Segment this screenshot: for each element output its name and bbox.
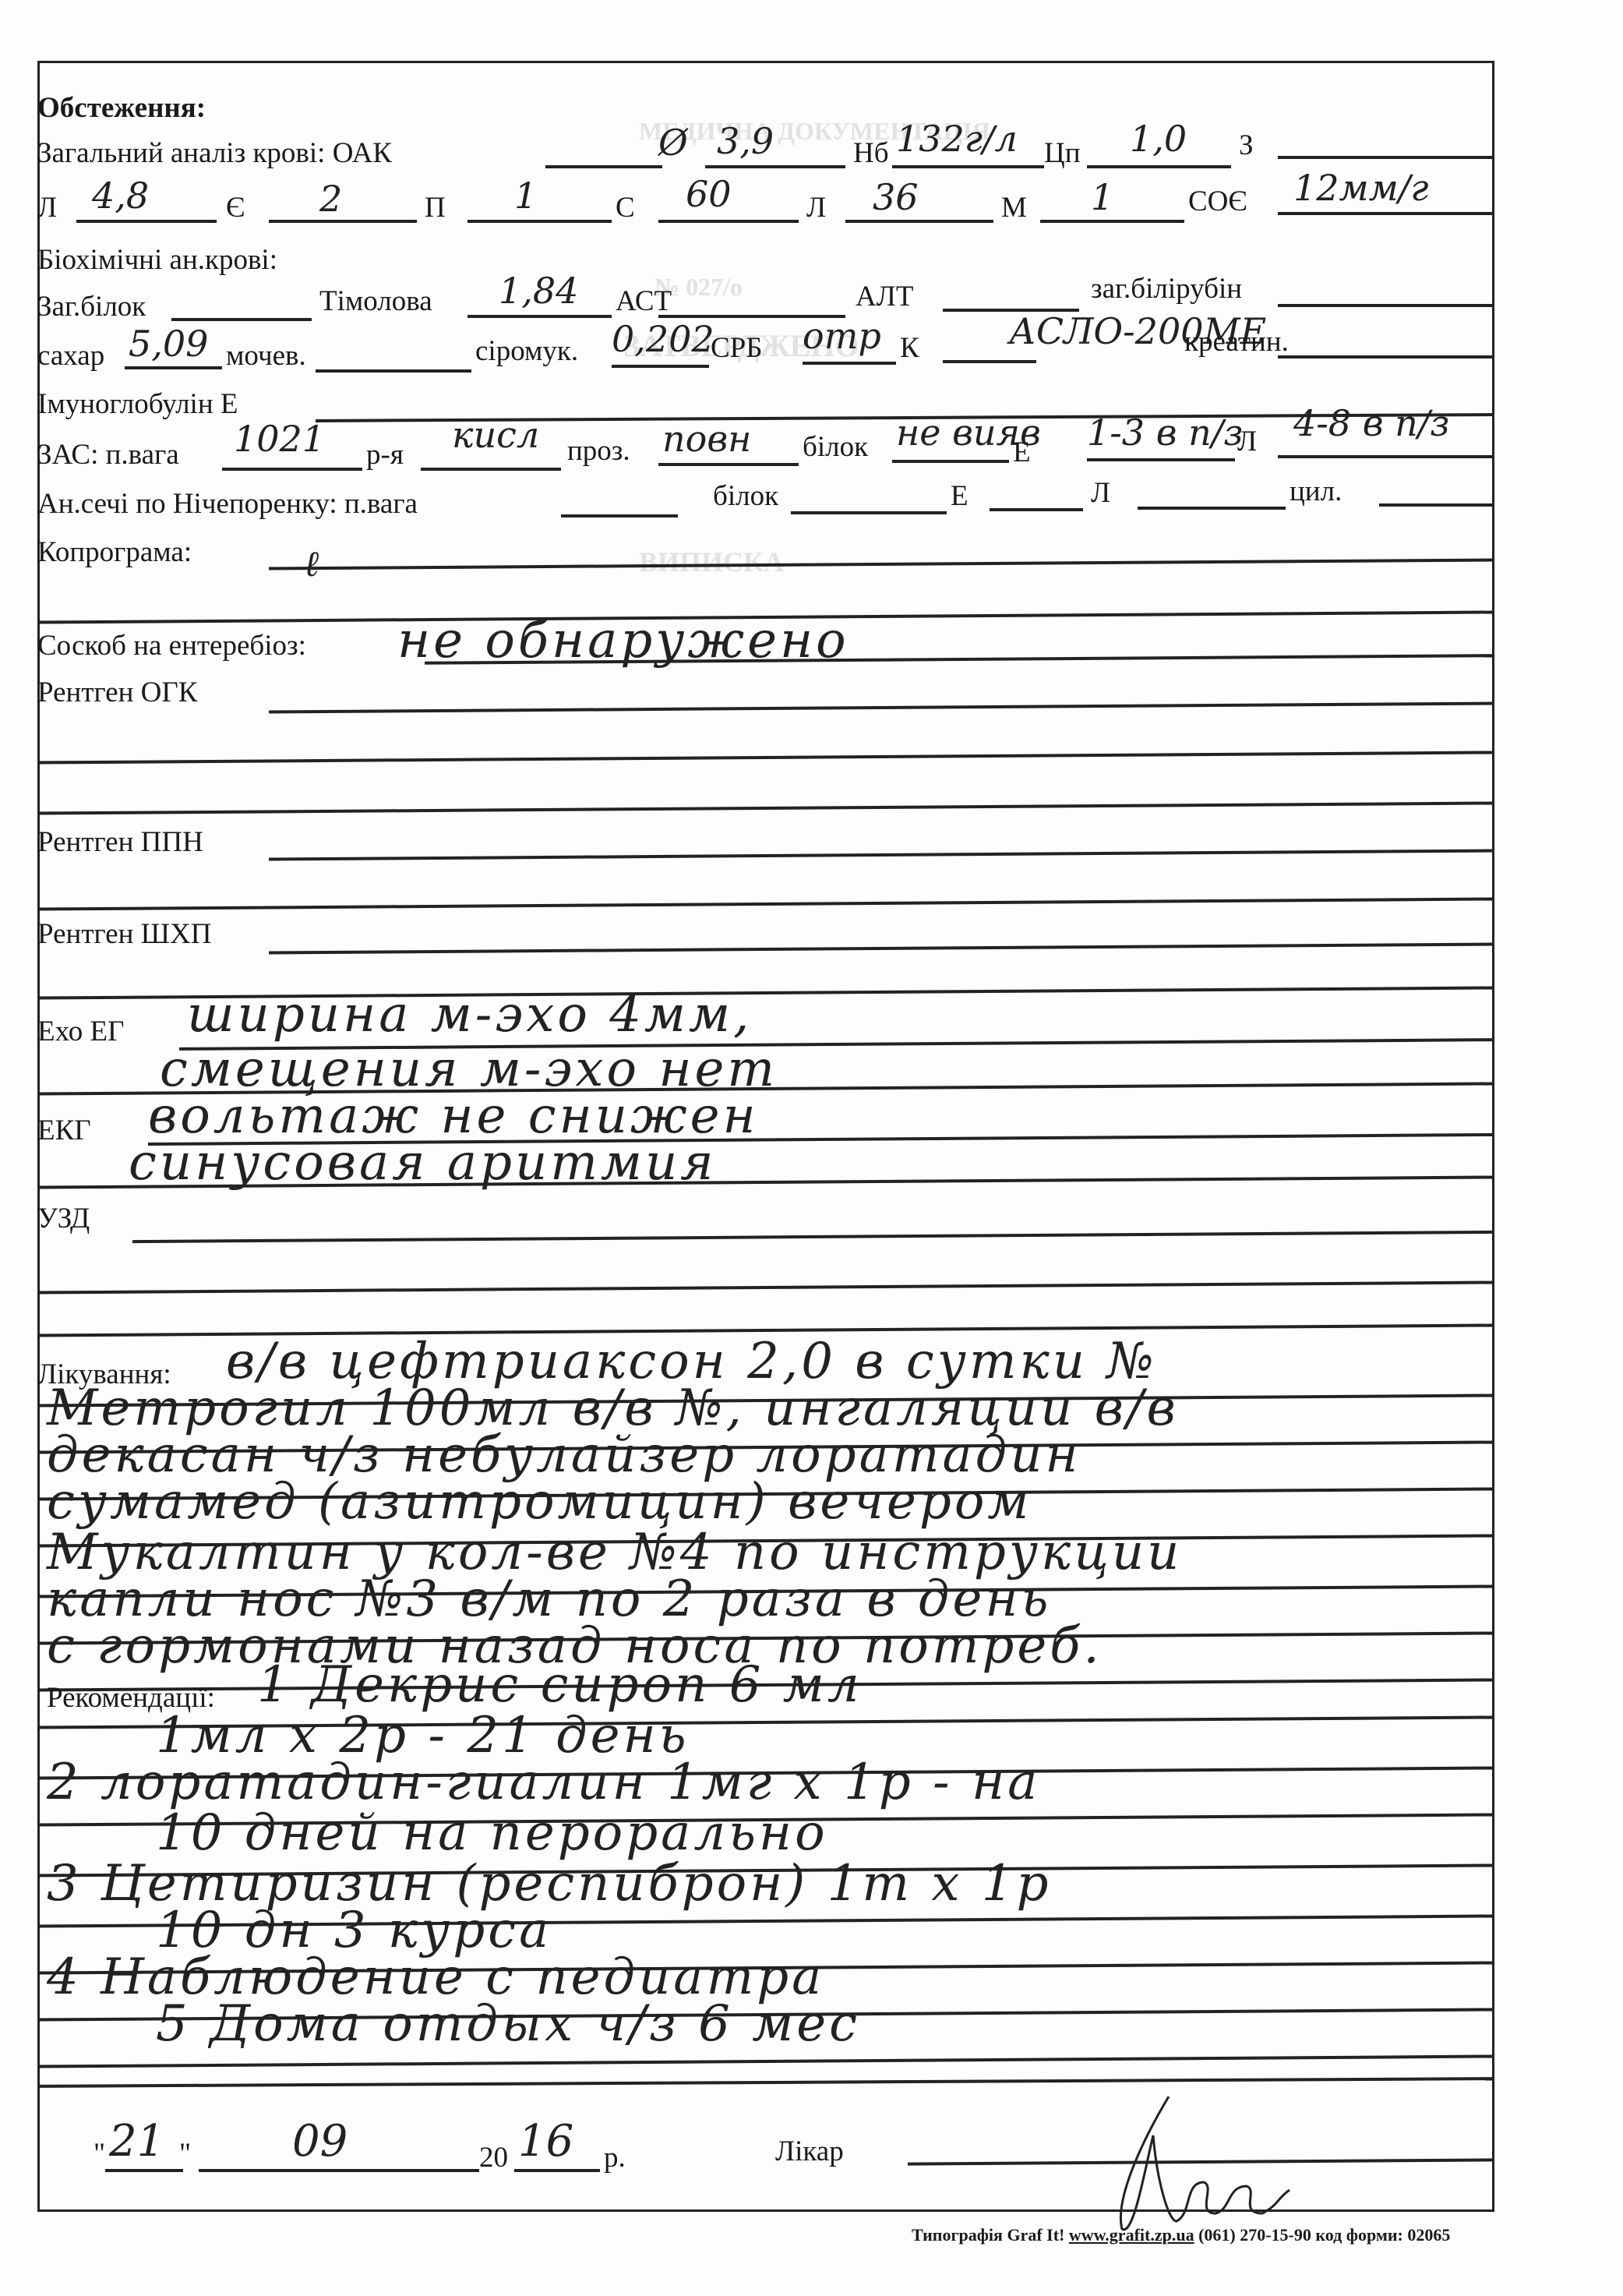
m-label: М [1001, 193, 1027, 222]
blood-general-label: Загальний аналіз крові: ОАК [37, 139, 392, 168]
field-line [892, 165, 1044, 168]
field-line [612, 365, 709, 368]
field-line [845, 220, 993, 223]
alt-label: АЛТ [856, 282, 913, 311]
clarity-value[interactable]: повн [662, 421, 751, 457]
field-line [658, 463, 799, 466]
urine-e-value[interactable]: 1-3 в п/з [1087, 415, 1243, 450]
field-line [467, 315, 612, 318]
nechiporenko-label: Ан.сечі по Нічепоренку: п.вага [37, 489, 418, 518]
reaction-value[interactable]: кисл [452, 417, 539, 453]
field-line [990, 508, 1083, 511]
field-line [791, 511, 947, 514]
field-line [658, 220, 799, 223]
er-value[interactable]: 3,9 [717, 123, 774, 159]
field-line [1278, 455, 1492, 458]
k-label: К [900, 334, 919, 362]
sugar-value[interactable]: 5,09 [129, 326, 208, 362]
p-value[interactable]: 1 [514, 178, 537, 214]
field-line [76, 220, 217, 223]
bili-label: заг.білірубін [1091, 274, 1242, 303]
s-label: С [616, 193, 635, 222]
field-line [171, 318, 312, 321]
e-value[interactable]: 2 [319, 181, 342, 217]
soe-value[interactable]: 12мм/г [1293, 170, 1429, 206]
biochem-label: Біохімічні ан.крові: [37, 245, 277, 274]
field-line [222, 468, 362, 471]
reaction-label: р-я [366, 440, 404, 469]
urine-l-label: Л [1237, 427, 1257, 456]
uzd-label: УЗД [37, 1204, 90, 1233]
field-line [1278, 212, 1492, 215]
printer-info: Типографія Graf It! www.grafit.zp.ua (06… [912, 2225, 1450, 2245]
cp-label: Цп [1044, 139, 1081, 168]
field-line [199, 2169, 479, 2172]
field-line [1040, 220, 1184, 223]
printer-url[interactable]: www.grafit.zp.ua [1069, 2225, 1194, 2245]
xray-shkhp-label: Рентген ШХП [37, 920, 211, 948]
field-line [421, 468, 561, 471]
coprogram-value[interactable]: ℓ [304, 546, 319, 581]
nech-l-label: Л [1091, 479, 1110, 507]
field-line [1087, 165, 1231, 168]
ekg-line-2[interactable]: синусовая аритмия [129, 1138, 717, 1188]
section-title: Обстеження: [37, 94, 206, 122]
crp-label: СРБ [711, 334, 763, 362]
sugar-label: сахар [37, 341, 104, 370]
crp-value[interactable]: отр [803, 318, 881, 354]
doctor-label: Лікар [775, 2137, 844, 2166]
date-month[interactable]: 09 [292, 2120, 348, 2164]
field-line [1278, 355, 1492, 359]
nech-protein-label: білок [713, 482, 778, 510]
printer-name: Типографія Graf It! [912, 2225, 1064, 2245]
field-line [561, 514, 678, 517]
date-quote-close: " [179, 2139, 191, 2168]
er-mark[interactable]: Ø [658, 125, 688, 161]
soe-label: СОЄ [1188, 187, 1247, 216]
clarity-label: проз. [567, 436, 630, 465]
cp-value[interactable]: 1,0 [1130, 121, 1187, 157]
year-suffix[interactable]: 16 [518, 2120, 573, 2164]
p-label: П [425, 193, 446, 222]
l2-value[interactable]: 36 [873, 179, 919, 215]
xray-ppn-label: Рентген ППН [37, 828, 203, 857]
urine-e-label: Е [1013, 438, 1031, 467]
field-line [316, 369, 471, 373]
echo-eg-label: Ехо ЕГ [37, 1017, 124, 1046]
recommendation-line[interactable]: 10 дней на перорально [156, 1808, 828, 1858]
l-value[interactable]: 4,8 [92, 178, 149, 214]
field-line [125, 366, 222, 369]
recommendation-line[interactable]: 2 лоратадин-гиалин 1мг х 1р - на [47, 1757, 1040, 1807]
l-label: Л [37, 193, 57, 222]
recommendation-line[interactable]: 1 Декрис сироп 6 мл [257, 1660, 863, 1710]
echo-eg-line-1[interactable]: ширина м-эхо 4мм, [187, 990, 752, 1040]
field-line [467, 220, 612, 223]
enterobiosis-value[interactable]: не обнаружено [397, 616, 849, 666]
field-line [803, 362, 896, 365]
hb-value[interactable]: 132г/л [896, 121, 1018, 157]
field-line [105, 2169, 183, 2172]
doctor-signature[interactable] [1060, 2089, 1293, 2245]
ige-label: Імуноглобулін Е [37, 390, 238, 419]
field-line [1138, 507, 1286, 510]
nech-e-label: Е [951, 482, 969, 510]
ekg-label: ЕКГ [37, 1116, 91, 1145]
field-line [1278, 304, 1492, 307]
xray-ogk-label: Рентген ОГК [37, 678, 197, 707]
year-unit: р. [604, 2143, 626, 2172]
field-line [545, 165, 662, 168]
coprogram-label: Копрограма: [37, 538, 192, 567]
enterobiosis-label: Соскоб на ентеребіоз: [37, 631, 306, 660]
e-label: Є [226, 193, 245, 222]
creat-label: креатин. [1184, 327, 1289, 356]
field-line [269, 220, 417, 223]
seromuc-label: сіромук. [475, 337, 578, 366]
z-label: З [1239, 131, 1254, 160]
date-day[interactable]: 21 [109, 2120, 164, 2164]
thymol-label: Тімолова [319, 287, 432, 316]
field-line [892, 460, 1009, 463]
urine-l-value[interactable]: 4-8 в п/з [1293, 405, 1449, 441]
cyl-label: цил. [1290, 477, 1342, 506]
date-quote-open: " [93, 2139, 105, 2168]
field-line [1087, 458, 1235, 461]
field-line [705, 165, 845, 168]
field-line [1278, 156, 1492, 159]
treatment-line[interactable]: сумамед (азитромицин) вечером [47, 1477, 1032, 1527]
field-line [514, 2169, 600, 2172]
urine-label: ЗАС: п.вага [37, 440, 179, 469]
field-line [943, 360, 1036, 363]
field-line [1379, 503, 1492, 507]
s-value[interactable]: 60 [686, 176, 732, 212]
urea-label: мочев. [226, 341, 306, 370]
l2-label: Л [806, 193, 826, 222]
recommendation-line[interactable]: 5 Дома отдых ч/з 6 мес [156, 1999, 860, 2049]
urine-sg-value[interactable]: 1021 [234, 421, 325, 457]
printer-phone: (061) 270-15-90 код форми: 02065 [1198, 2225, 1450, 2245]
year-prefix: 20 [479, 2143, 508, 2172]
m-value[interactable]: 1 [1091, 179, 1113, 215]
thymol-value[interactable]: 1,84 [499, 273, 578, 309]
protein-label: Заг.білок [37, 292, 146, 321]
seromuc-value[interactable]: 0,202 [612, 321, 714, 357]
urine-protein-label: білок [803, 433, 868, 461]
ast-label: АСТ [616, 287, 672, 316]
hb-label: Нб [853, 139, 889, 168]
